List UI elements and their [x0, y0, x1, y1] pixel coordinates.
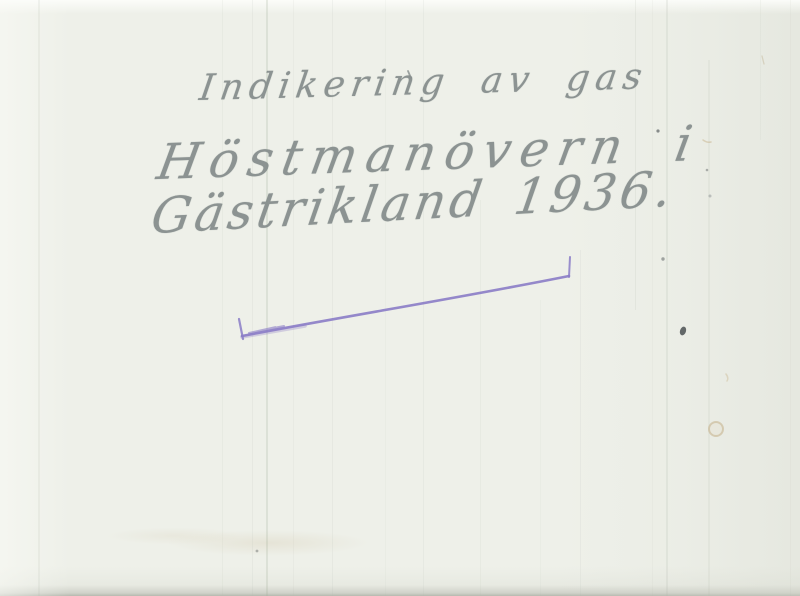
- ink-speck: [256, 550, 259, 553]
- paper-crease: [332, 0, 333, 596]
- paper-crease: [293, 0, 294, 596]
- stain-mark: [726, 374, 728, 381]
- paper-crease: [266, 0, 268, 596]
- paper-crease: [252, 0, 253, 596]
- paper-crease: [760, 0, 761, 140]
- ink-speck: [661, 257, 664, 260]
- paper-crease: [635, 0, 636, 310]
- stain-mark: [762, 56, 764, 64]
- crayon-left-stub: [249, 326, 284, 333]
- pencil-tick: [408, 71, 411, 78]
- paper-crease: [540, 300, 541, 596]
- paper-crease: [222, 0, 223, 596]
- paper-crease: [423, 0, 424, 596]
- photo-verso-scan: Indikering av gas Höstmanövern i Gästrik…: [0, 0, 800, 596]
- handwriting-line-1: Indikering av gas: [197, 56, 651, 109]
- ink-speck: [656, 129, 659, 132]
- crayon-left-tick: [239, 319, 243, 339]
- ink-speck: [709, 195, 712, 198]
- paper-crease: [708, 60, 710, 596]
- paper-crease: [666, 0, 668, 596]
- paper-crease: [385, 0, 386, 596]
- ink-speck: [706, 169, 709, 172]
- paper-crease: [580, 250, 581, 596]
- paper-crease: [790, 0, 791, 596]
- crayon-line-texture: [242, 326, 305, 337]
- paper-marks-overlay: [0, 0, 800, 596]
- paper-crease: [652, 0, 653, 596]
- handwriting-line-3: Gästrikland 1936.: [147, 160, 679, 245]
- crayon-line: [242, 276, 569, 336]
- ink-speck: [679, 326, 687, 336]
- paper-crease: [38, 0, 40, 596]
- crayon-right-tick: [569, 257, 570, 277]
- handwriting-line-2: Höstmanövern i: [153, 115, 706, 191]
- paper-crease: [480, 200, 481, 596]
- stain-ring: [709, 422, 723, 436]
- stain-mark: [703, 140, 711, 142]
